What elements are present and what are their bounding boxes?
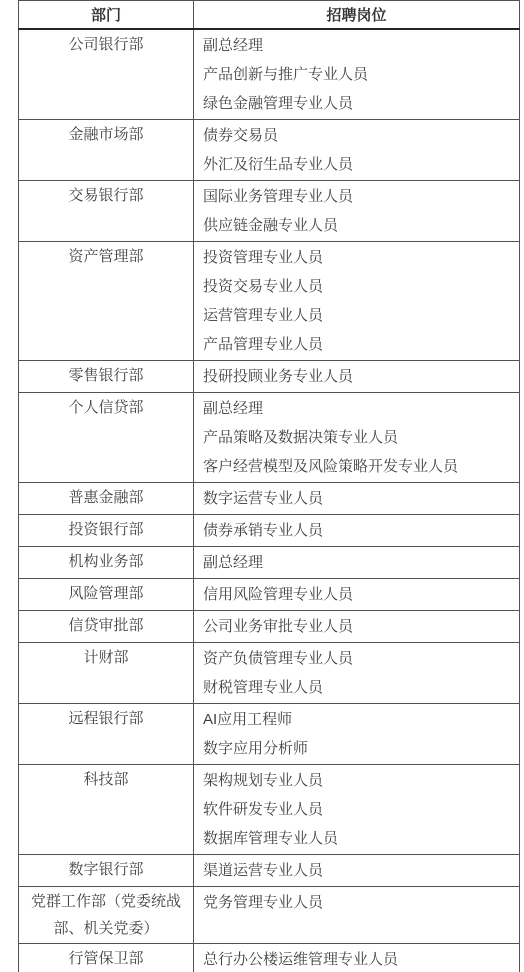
position-item: 产品创新与推广专业人员	[194, 60, 519, 89]
table-row: 行管保卫部总行办公楼运维管理专业人员	[19, 944, 520, 972]
position-item: 渠道运营专业人员	[194, 856, 519, 885]
department-cell: 科技部	[19, 765, 194, 855]
position-item: 数据库管理专业人员	[194, 824, 519, 853]
positions-cell: 渠道运营专业人员	[194, 855, 520, 887]
department-cell: 远程银行部	[19, 704, 194, 765]
position-item: 产品策略及数据决策专业人员	[194, 423, 519, 452]
table-row: 个人信贷部副总经理产品策略及数据决策专业人员客户经营模型及风险策略开发专业人员	[19, 393, 520, 483]
position-item: 数字应用分析师	[194, 734, 519, 763]
position-item: 副总经理	[194, 548, 519, 577]
positions-cell: 资产负债管理专业人员财税管理专业人员	[194, 643, 520, 704]
department-cell: 零售银行部	[19, 361, 194, 393]
positions-cell: 投研投顾业务专业人员	[194, 361, 520, 393]
table-row: 科技部架构规划专业人员软件研发专业人员数据库管理专业人员	[19, 765, 520, 855]
positions-cell: 党务管理专业人员	[194, 887, 520, 944]
table-row: 风险管理部信用风险管理专业人员	[19, 579, 520, 611]
table-row: 公司银行部副总经理产品创新与推广专业人员绿色金融管理专业人员	[19, 29, 520, 120]
position-item: 投资管理专业人员	[194, 243, 519, 272]
table-body: 公司银行部副总经理产品创新与推广专业人员绿色金融管理专业人员金融市场部债券交易员…	[19, 29, 520, 972]
header-positions: 招聘岗位	[194, 1, 520, 30]
department-cell: 计财部	[19, 643, 194, 704]
recruitment-table: 部门 招聘岗位 公司银行部副总经理产品创新与推广专业人员绿色金融管理专业人员金融…	[18, 0, 520, 972]
department-cell: 投资银行部	[19, 515, 194, 547]
position-item: 客户经营模型及风险策略开发专业人员	[194, 452, 519, 481]
positions-cell: 信用风险管理专业人员	[194, 579, 520, 611]
positions-cell: 投资管理专业人员投资交易专业人员运营管理专业人员产品管理专业人员	[194, 242, 520, 361]
header-row: 部门 招聘岗位	[19, 1, 520, 30]
department-cell: 信贷审批部	[19, 611, 194, 643]
position-item: 总行办公楼运维管理专业人员	[194, 945, 519, 972]
position-item: 信用风险管理专业人员	[194, 580, 519, 609]
department-cell: 党群工作部（党委统战部、机关党委）	[19, 887, 194, 944]
department-cell: 交易银行部	[19, 181, 194, 242]
table-row: 信贷审批部公司业务审批专业人员	[19, 611, 520, 643]
positions-cell: 数字运营专业人员	[194, 483, 520, 515]
position-item: 副总经理	[194, 394, 519, 423]
positions-cell: 债券承销专业人员	[194, 515, 520, 547]
positions-cell: 债券交易员外汇及衍生品专业人员	[194, 120, 520, 181]
position-item: 数字运营专业人员	[194, 484, 519, 513]
position-item: 运营管理专业人员	[194, 301, 519, 330]
position-item: 投资交易专业人员	[194, 272, 519, 301]
position-item: 资产负债管理专业人员	[194, 644, 519, 673]
position-item: AI应用工程师	[194, 705, 519, 734]
table-row: 交易银行部国际业务管理专业人员供应链金融专业人员	[19, 181, 520, 242]
positions-cell: 公司业务审批专业人员	[194, 611, 520, 643]
position-item: 产品管理专业人员	[194, 330, 519, 359]
table-row: 零售银行部投研投顾业务专业人员	[19, 361, 520, 393]
position-item: 党务管理专业人员	[194, 888, 519, 917]
table-row: 机构业务部副总经理	[19, 547, 520, 579]
department-cell: 风险管理部	[19, 579, 194, 611]
positions-cell: 副总经理产品创新与推广专业人员绿色金融管理专业人员	[194, 29, 520, 120]
table-row: 计财部资产负债管理专业人员财税管理专业人员	[19, 643, 520, 704]
department-cell: 金融市场部	[19, 120, 194, 181]
recruitment-table-page: 部门 招聘岗位 公司银行部副总经理产品创新与推广专业人员绿色金融管理专业人员金融…	[0, 0, 524, 972]
positions-cell: 架构规划专业人员软件研发专业人员数据库管理专业人员	[194, 765, 520, 855]
department-cell: 行管保卫部	[19, 944, 194, 972]
table-row: 远程银行部AI应用工程师数字应用分析师	[19, 704, 520, 765]
positions-cell: 总行办公楼运维管理专业人员	[194, 944, 520, 972]
position-item: 架构规划专业人员	[194, 766, 519, 795]
table-header: 部门 招聘岗位	[19, 1, 520, 30]
position-item: 债券承销专业人员	[194, 516, 519, 545]
department-cell: 个人信贷部	[19, 393, 194, 483]
position-item: 财税管理专业人员	[194, 673, 519, 702]
positions-cell: 副总经理	[194, 547, 520, 579]
header-department: 部门	[19, 1, 194, 30]
positions-cell: AI应用工程师数字应用分析师	[194, 704, 520, 765]
position-item: 国际业务管理专业人员	[194, 182, 519, 211]
table-row: 资产管理部投资管理专业人员投资交易专业人员运营管理专业人员产品管理专业人员	[19, 242, 520, 361]
department-cell: 普惠金融部	[19, 483, 194, 515]
position-item: 公司业务审批专业人员	[194, 612, 519, 641]
table-row: 普惠金融部数字运营专业人员	[19, 483, 520, 515]
positions-cell: 国际业务管理专业人员供应链金融专业人员	[194, 181, 520, 242]
table-row: 投资银行部债券承销专业人员	[19, 515, 520, 547]
position-item: 外汇及衍生品专业人员	[194, 150, 519, 179]
position-item: 供应链金融专业人员	[194, 211, 519, 240]
position-item: 软件研发专业人员	[194, 795, 519, 824]
position-item: 副总经理	[194, 31, 519, 60]
department-cell: 资产管理部	[19, 242, 194, 361]
table-row: 金融市场部债券交易员外汇及衍生品专业人员	[19, 120, 520, 181]
table-row: 数字银行部渠道运营专业人员	[19, 855, 520, 887]
table-row: 党群工作部（党委统战部、机关党委）党务管理专业人员	[19, 887, 520, 944]
position-item: 债券交易员	[194, 121, 519, 150]
department-cell: 公司银行部	[19, 29, 194, 120]
position-item: 绿色金融管理专业人员	[194, 89, 519, 118]
department-cell: 机构业务部	[19, 547, 194, 579]
department-cell: 数字银行部	[19, 855, 194, 887]
positions-cell: 副总经理产品策略及数据决策专业人员客户经营模型及风险策略开发专业人员	[194, 393, 520, 483]
position-item: 投研投顾业务专业人员	[194, 362, 519, 391]
